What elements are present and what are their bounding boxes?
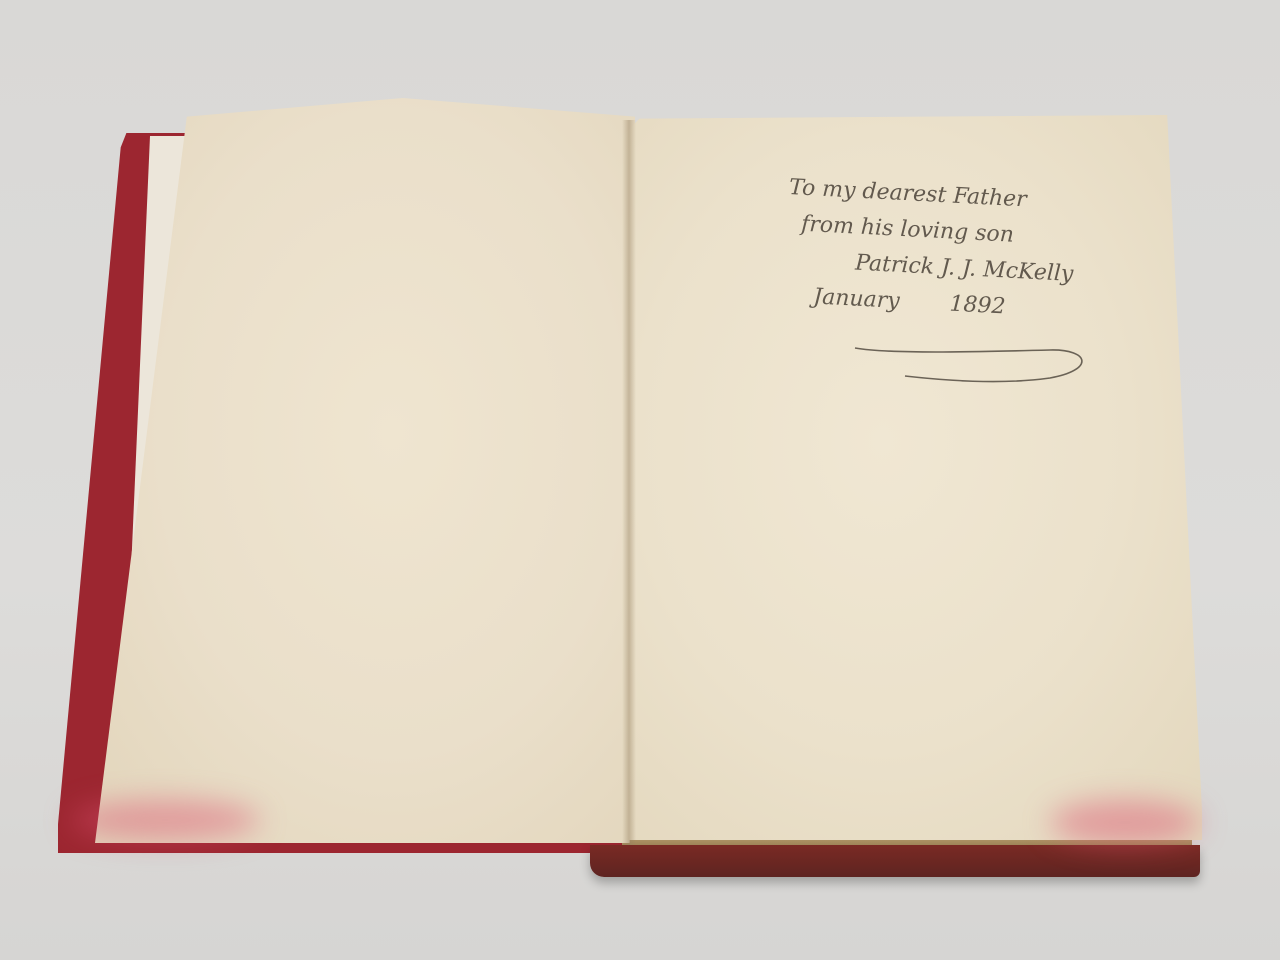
pink-stain-right — [1050, 800, 1200, 845]
inscription-year: 1892 — [949, 292, 1006, 320]
pink-stain-left — [70, 800, 260, 840]
book-gutter — [622, 120, 636, 845]
book-cover-bottom — [590, 845, 1200, 877]
book-photo: To my dearest Father from his loving son… — [0, 0, 1280, 960]
left-page — [95, 98, 635, 843]
pen-flourish-icon — [850, 340, 1090, 390]
inscription-month: January — [813, 284, 901, 313]
handwritten-inscription: To my dearest Father from his loving son… — [782, 170, 1119, 331]
